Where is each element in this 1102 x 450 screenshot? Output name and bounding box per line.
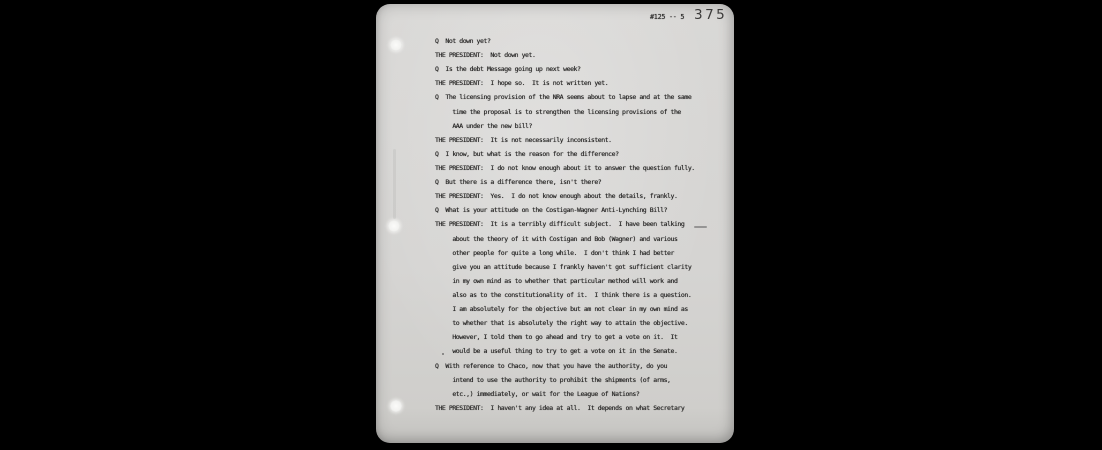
transcript-line: give you an attitude because I frankly h… (435, 260, 721, 274)
transcript-line: AAA under the new bill? (435, 119, 721, 133)
transcript-line: Q With reference to Chaco, now that you … (435, 359, 721, 373)
transcript-line: THE PRESIDENT: It is a terribly difficul… (435, 217, 721, 231)
transcript-line: Q The licensing provision of the NRA see… (435, 90, 721, 104)
page-header-reference: #125 -- 5 (650, 13, 684, 21)
transcript-line: Q Is the debt Message going up next week… (435, 62, 721, 76)
transcript-line: other people for quite a long while. I d… (435, 246, 721, 260)
scan-artifact-dot (442, 353, 444, 355)
canvas-background: #125 -- 5 375 Q Not down yet?THE PRESIDE… (0, 0, 1102, 450)
transcript: Q Not down yet?THE PRESIDENT: Not down y… (435, 34, 721, 415)
transcript-line: THE PRESIDENT: I hope so. It is not writ… (435, 76, 721, 90)
transcript-line: intend to use the authority to prohibit … (435, 373, 721, 387)
transcript-line: I am absolutely for the objective but am… (435, 302, 721, 316)
document-page: #125 -- 5 375 Q Not down yet?THE PRESIDE… (376, 4, 734, 443)
scan-artifact-smudge (393, 149, 396, 219)
punch-hole-bottom (390, 400, 402, 412)
transcript-line: THE PRESIDENT: I do not know enough abou… (435, 161, 721, 175)
transcript-line: Q I know, but what is the reason for the… (435, 147, 721, 161)
page-number-stamp: 375 (694, 7, 727, 23)
transcript-line: However, I told them to go ahead and try… (435, 330, 721, 344)
transcript-line: would be a useful thing to try to get a … (435, 344, 721, 358)
transcript-line: THE PRESIDENT: Yes. I do not know enough… (435, 189, 721, 203)
transcript-line: in my own mind as to whether that partic… (435, 274, 721, 288)
transcript-line: Q What is your attitude on the Costigan-… (435, 203, 721, 217)
transcript-line: Q But there is a difference there, isn't… (435, 175, 721, 189)
punch-hole-top (390, 39, 402, 51)
transcript-line: also as to the constitutionality of it. … (435, 288, 721, 302)
transcript-line: time the proposal is to strengthen the l… (435, 105, 721, 119)
scan-artifact-dash (694, 226, 707, 228)
transcript-line: Q Not down yet? (435, 34, 721, 48)
transcript-line: to whether that is absolutely the right … (435, 316, 721, 330)
transcript-line: THE PRESIDENT: Not down yet. (435, 48, 721, 62)
transcript-line: about the theory of it with Costigan and… (435, 232, 721, 246)
punch-hole-middle (388, 220, 400, 232)
transcript-line: THE PRESIDENT: I haven't any idea at all… (435, 401, 721, 415)
transcript-line: THE PRESIDENT: It is not necessarily inc… (435, 133, 721, 147)
transcript-line: etc.,) immediately, or wait for the Leag… (435, 387, 721, 401)
